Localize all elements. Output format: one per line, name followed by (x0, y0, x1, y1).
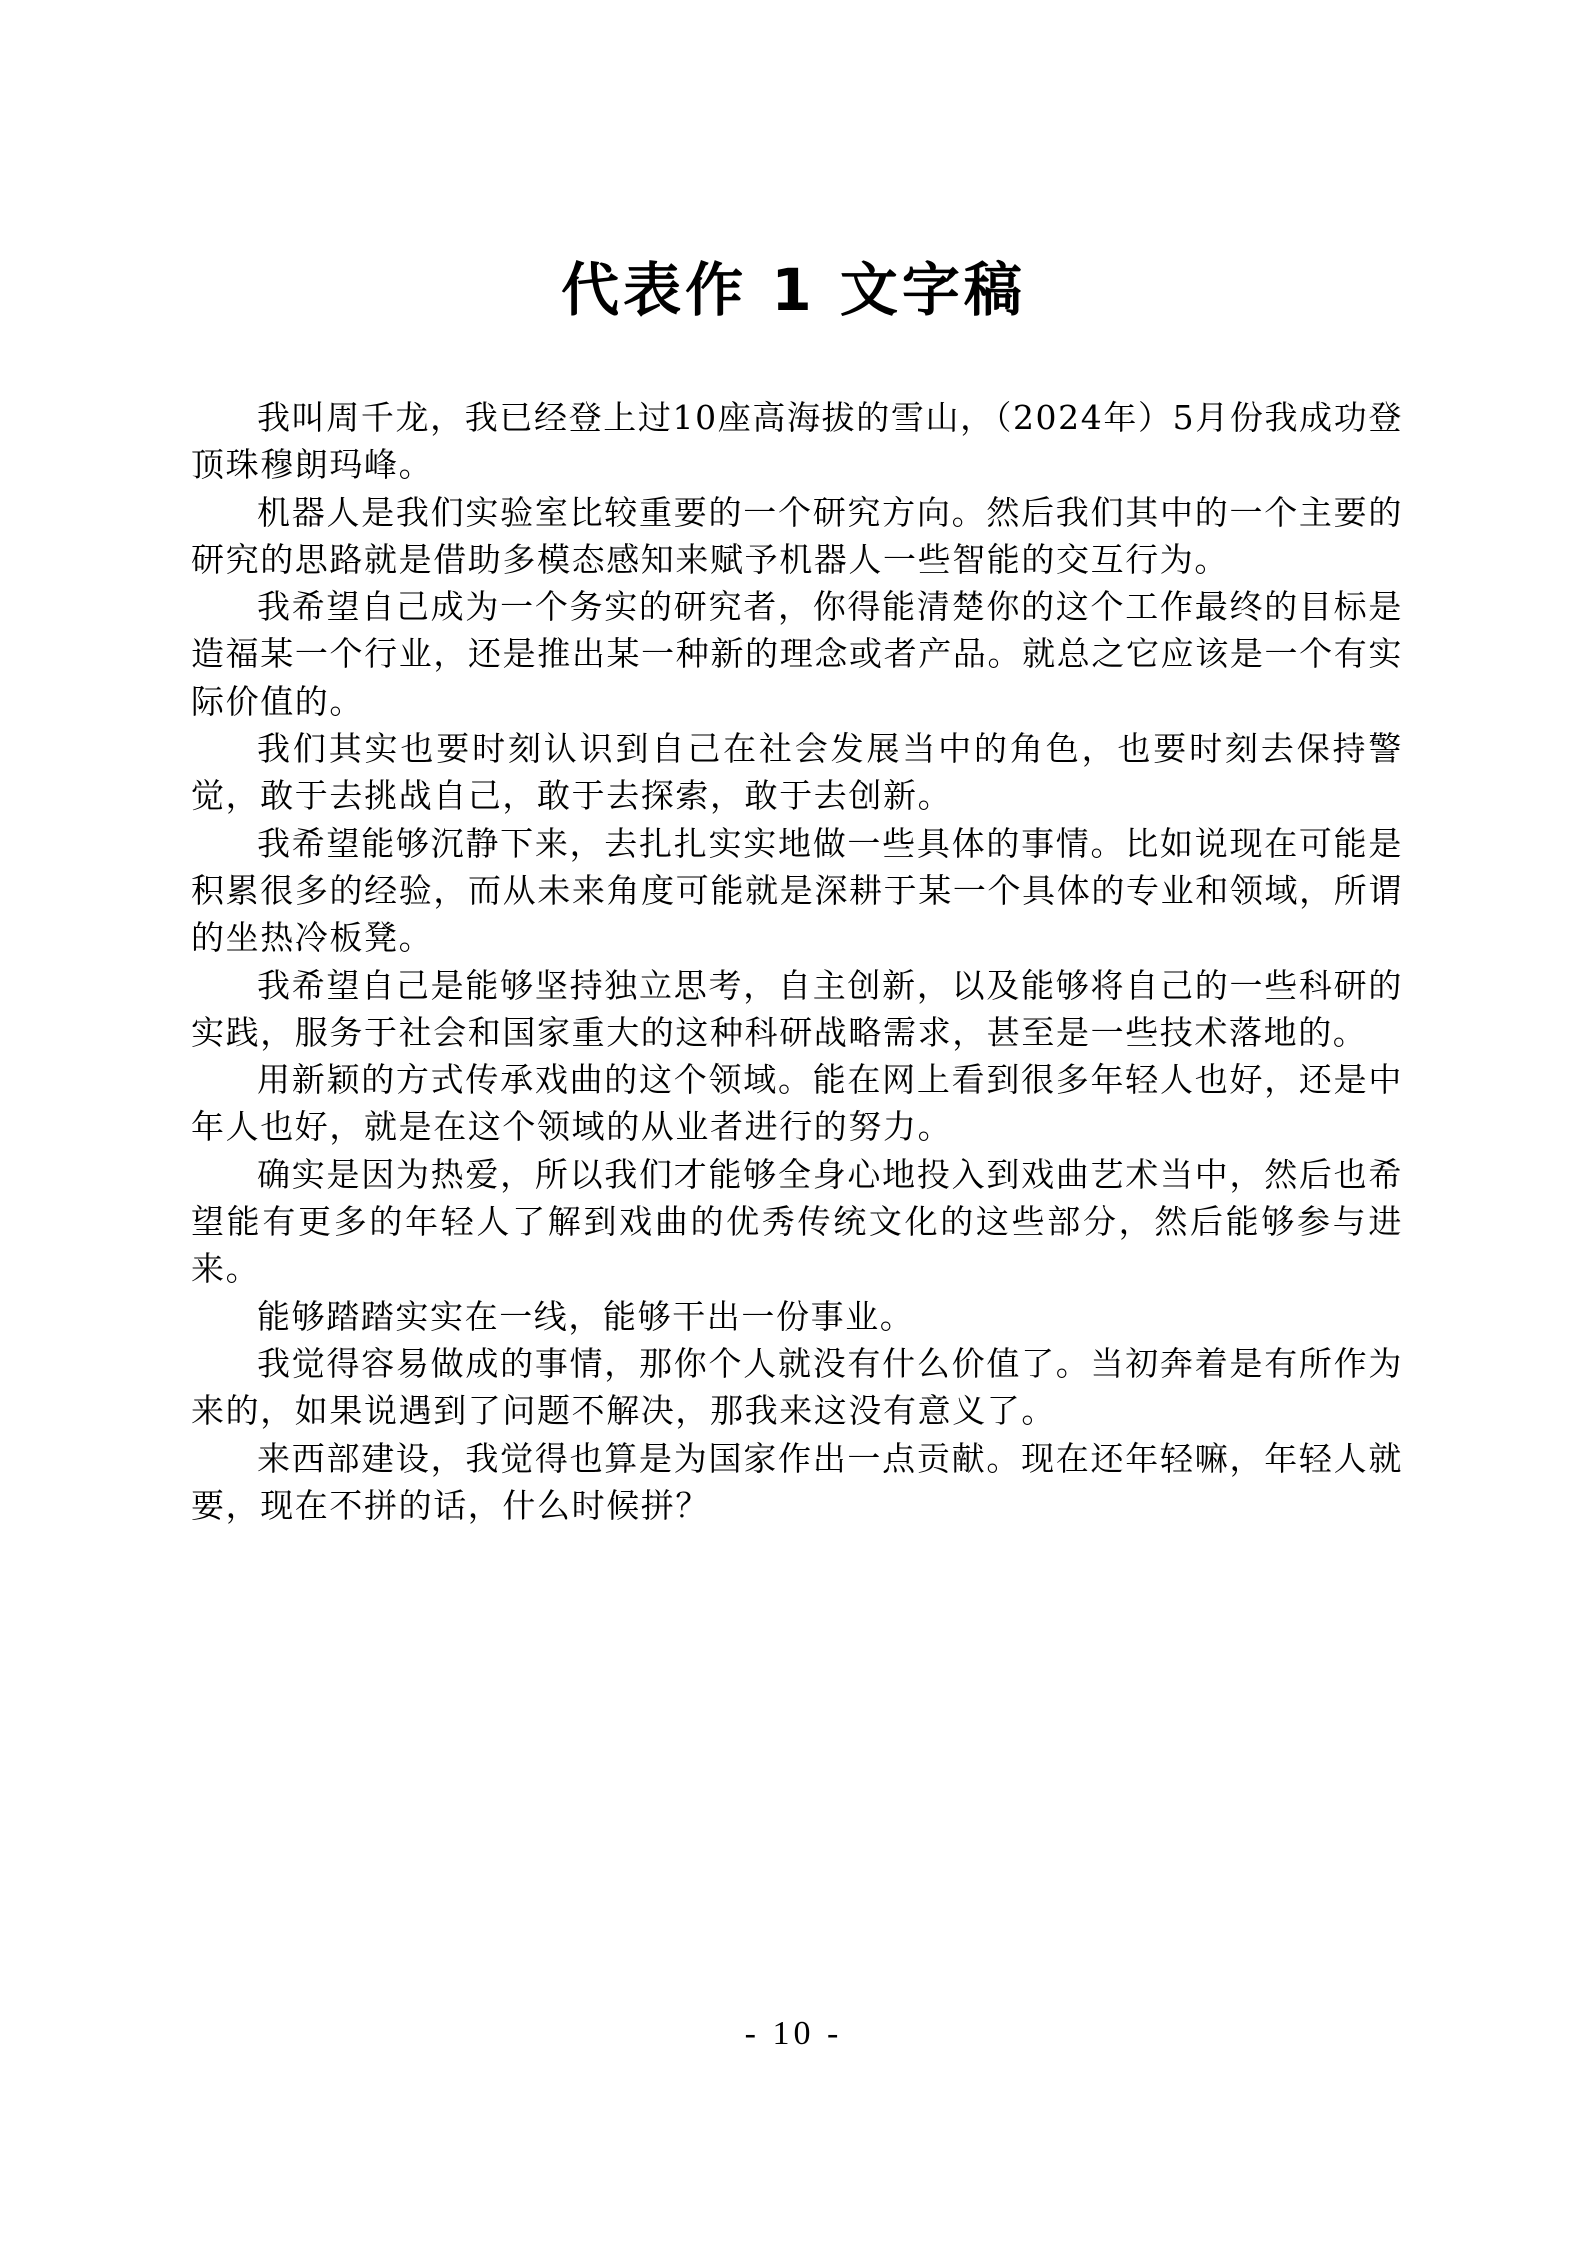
document-page: 代表作 1 文字稿 我叫周千龙，我已经登上过10座高海拔的雪山，（2024年）5… (0, 0, 1587, 2245)
page-number: - 10 - (0, 2012, 1587, 2056)
paragraph: 我叫周千龙，我已经登上过10座高海拔的雪山，（2024年）5月份我成功登顶珠穆朗… (191, 394, 1403, 489)
paragraph: 我希望自己是能够坚持独立思考，自主创新，以及能够将自己的一些科研的实践，服务于社… (191, 962, 1403, 1057)
paragraph: 用新颖的方式传承戏曲的这个领域。能在网上看到很多年轻人也好，还是中年人也好，就是… (191, 1056, 1403, 1151)
paragraph: 我希望自己成为一个务实的研究者，你得能清楚你的这个工作最终的目标是造福某一个行业… (191, 583, 1403, 725)
paragraph: 机器人是我们实验室比较重要的一个研究方向。然后我们其中的一个主要的研究的思路就是… (191, 489, 1403, 584)
paragraph: 我希望能够沉静下来，去扎扎实实地做一些具体的事情。比如说现在可能是积累很多的经验… (191, 820, 1403, 962)
document-body: 我叫周千龙，我已经登上过10座高海拔的雪山，（2024年）5月份我成功登顶珠穆朗… (191, 394, 1403, 1529)
document-title: 代表作 1 文字稿 (0, 250, 1587, 330)
paragraph: 我们其实也要时刻认识到自己在社会发展当中的角色，也要时刻去保持警觉，敢于去挑战自… (191, 725, 1403, 820)
paragraph: 确实是因为热爱，所以我们才能够全身心地投入到戏曲艺术当中，然后也希望能有更多的年… (191, 1151, 1403, 1293)
paragraph: 能够踏踏实实在一线，能够干出一份事业。 (191, 1293, 1403, 1340)
paragraph: 我觉得容易做成的事情，那你个人就没有什么价值了。当初奔着是有所作为来的，如果说遇… (191, 1340, 1403, 1435)
paragraph: 来西部建设，我觉得也算是为国家作出一点贡献。现在还年轻嘛，年轻人就要，现在不拼的… (191, 1435, 1403, 1530)
